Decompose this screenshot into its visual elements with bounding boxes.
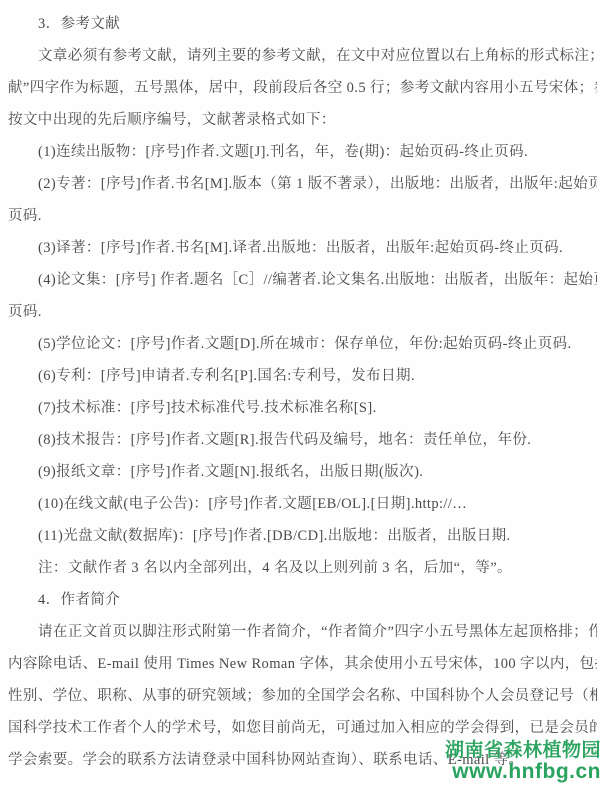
text-line: 文章必须有参考文献，请列主要的参考文献，在文中对应位置以右上角标的形式标注；“参… <box>8 40 597 72</box>
text-line: (7)技术标准：[序号]技术标准代号.技术标准名称[S]. <box>8 392 597 424</box>
text-line: (6)专利：[序号]申请者.专利名[P].国名:专利号，发布日期. <box>8 360 597 392</box>
document-page: 3．参考文献文章必须有参考文献，请列主要的参考文献，在文中对应位置以右上角标的形… <box>0 0 605 785</box>
text-line: (1)连续出版物：[序号]作者.文题[J].刊名，年，卷(期)：起始页码-终止页… <box>8 136 597 168</box>
text-line: (11)光盘文献(数据库)：[序号]作者.[DB/CD].出版地：出版者，出版日… <box>8 520 597 552</box>
text-line: (3)译著：[序号]作者.书名[M].译者.出版地：出版者，出版年:起始页码-终… <box>8 232 597 264</box>
text-line: (8)技术报告：[序号]作者.文题[R].报告代码及编号，地名：责任单位，年份. <box>8 424 597 456</box>
text-line: (5)学位论文：[序号]作者.文题[D].所在城市：保存单位，年份:起始页码-终… <box>8 328 597 360</box>
text-line: 性别、学位、职称、从事的研究领域；参加的全国学会名称、中国科协个人会员登记号（相… <box>8 680 597 712</box>
text-line: 献”四字作为标题，五号黑体，居中，段前段后各空 0.5 行；参考文献内容用小五号… <box>8 72 597 104</box>
text-line: 请在正文首页以脚注形式附第一作者简介，“作者简介”四字小五号黑体左起顶格排；作者… <box>8 616 597 648</box>
text-line: 4．作者简介 <box>8 584 597 616</box>
text-line: 按文中出现的先后顺序编号，文献著录格式如下： <box>8 104 597 136</box>
text-line: 注：文献作者 3 名以内全部列出，4 名及以上则列前 3 名，后加“，等”。 <box>8 552 597 584</box>
text-line: 页码. <box>8 200 597 232</box>
text-line: 3．参考文献 <box>8 8 597 40</box>
text-line: (9)报纸文章：[序号]作者.文题[N].报纸名，出版日期(版次). <box>8 456 597 488</box>
text-line: 学会索要。学会的联系方法请登录中国科协网站查询）、联系电话、E-mail 等。 <box>8 744 597 776</box>
text-line: 国科学技术工作者个人的学术号，如您目前尚无，可通过加入相应的学会得到，已是会员的… <box>8 712 597 744</box>
text-line: (10)在线文献(电子公告)：[序号]作者.文题[EB/OL].[日期].htt… <box>8 488 597 520</box>
text-line: (2)专著：[序号]作者.书名[M].版本（第 1 版不著录），出版地：出版者，… <box>8 168 597 200</box>
text-line: (4)论文集：[序号] 作者.题名［C］//编著者.论文集名.出版地：出版者，出… <box>8 264 597 296</box>
text-line: 内容除电话、E-mail 使用 Times New Roman 字体，其余使用小… <box>8 648 597 680</box>
document-body: 3．参考文献文章必须有参考文献，请列主要的参考文献，在文中对应位置以右上角标的形… <box>8 8 597 776</box>
text-line: 页码. <box>8 296 597 328</box>
